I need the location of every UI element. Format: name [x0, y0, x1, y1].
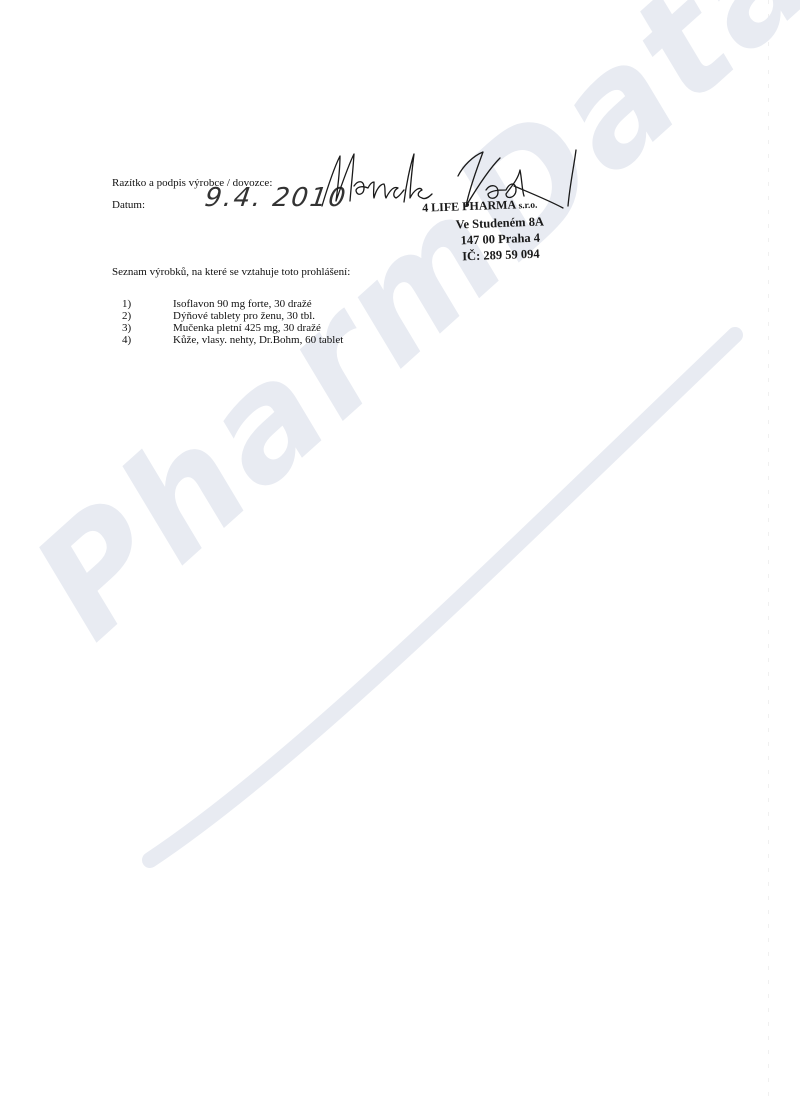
list-item-name: Dýňové tablety pro ženu, 30 tbl. [173, 310, 315, 322]
list-item-name: Isoflavon 90 mg forte, 30 dražé [173, 298, 312, 310]
document-page: PharmData s.r.o. Razítko a podpis výrobc… [0, 0, 800, 1100]
list-item: 3) Mučenka pletní 425 mg, 30 dražé [122, 322, 343, 334]
list-item-number: 1) [122, 298, 173, 310]
list-item: 4) Kůže, vlasy. nehty, Dr.Bohm, 60 table… [122, 334, 343, 346]
list-item-name: Mučenka pletní 425 mg, 30 dražé [173, 322, 321, 334]
date-label: Datum: [112, 199, 145, 211]
list-item: 2) Dýňové tablety pro ženu, 30 tbl. [122, 310, 343, 322]
list-item-number: 2) [122, 310, 173, 322]
list-item: 1) Isoflavon 90 mg forte, 30 dražé [122, 298, 343, 310]
list-item-number: 4) [122, 334, 173, 346]
product-list: 1) Isoflavon 90 mg forte, 30 dražé 2) Dý… [122, 298, 343, 346]
signature [318, 146, 583, 216]
products-intro: Seznam výrobků, na které se vztahuje tot… [112, 266, 350, 278]
list-item-name: Kůže, vlasy. nehty, Dr.Bohm, 60 tablet [173, 334, 343, 346]
list-item-number: 3) [122, 322, 173, 334]
